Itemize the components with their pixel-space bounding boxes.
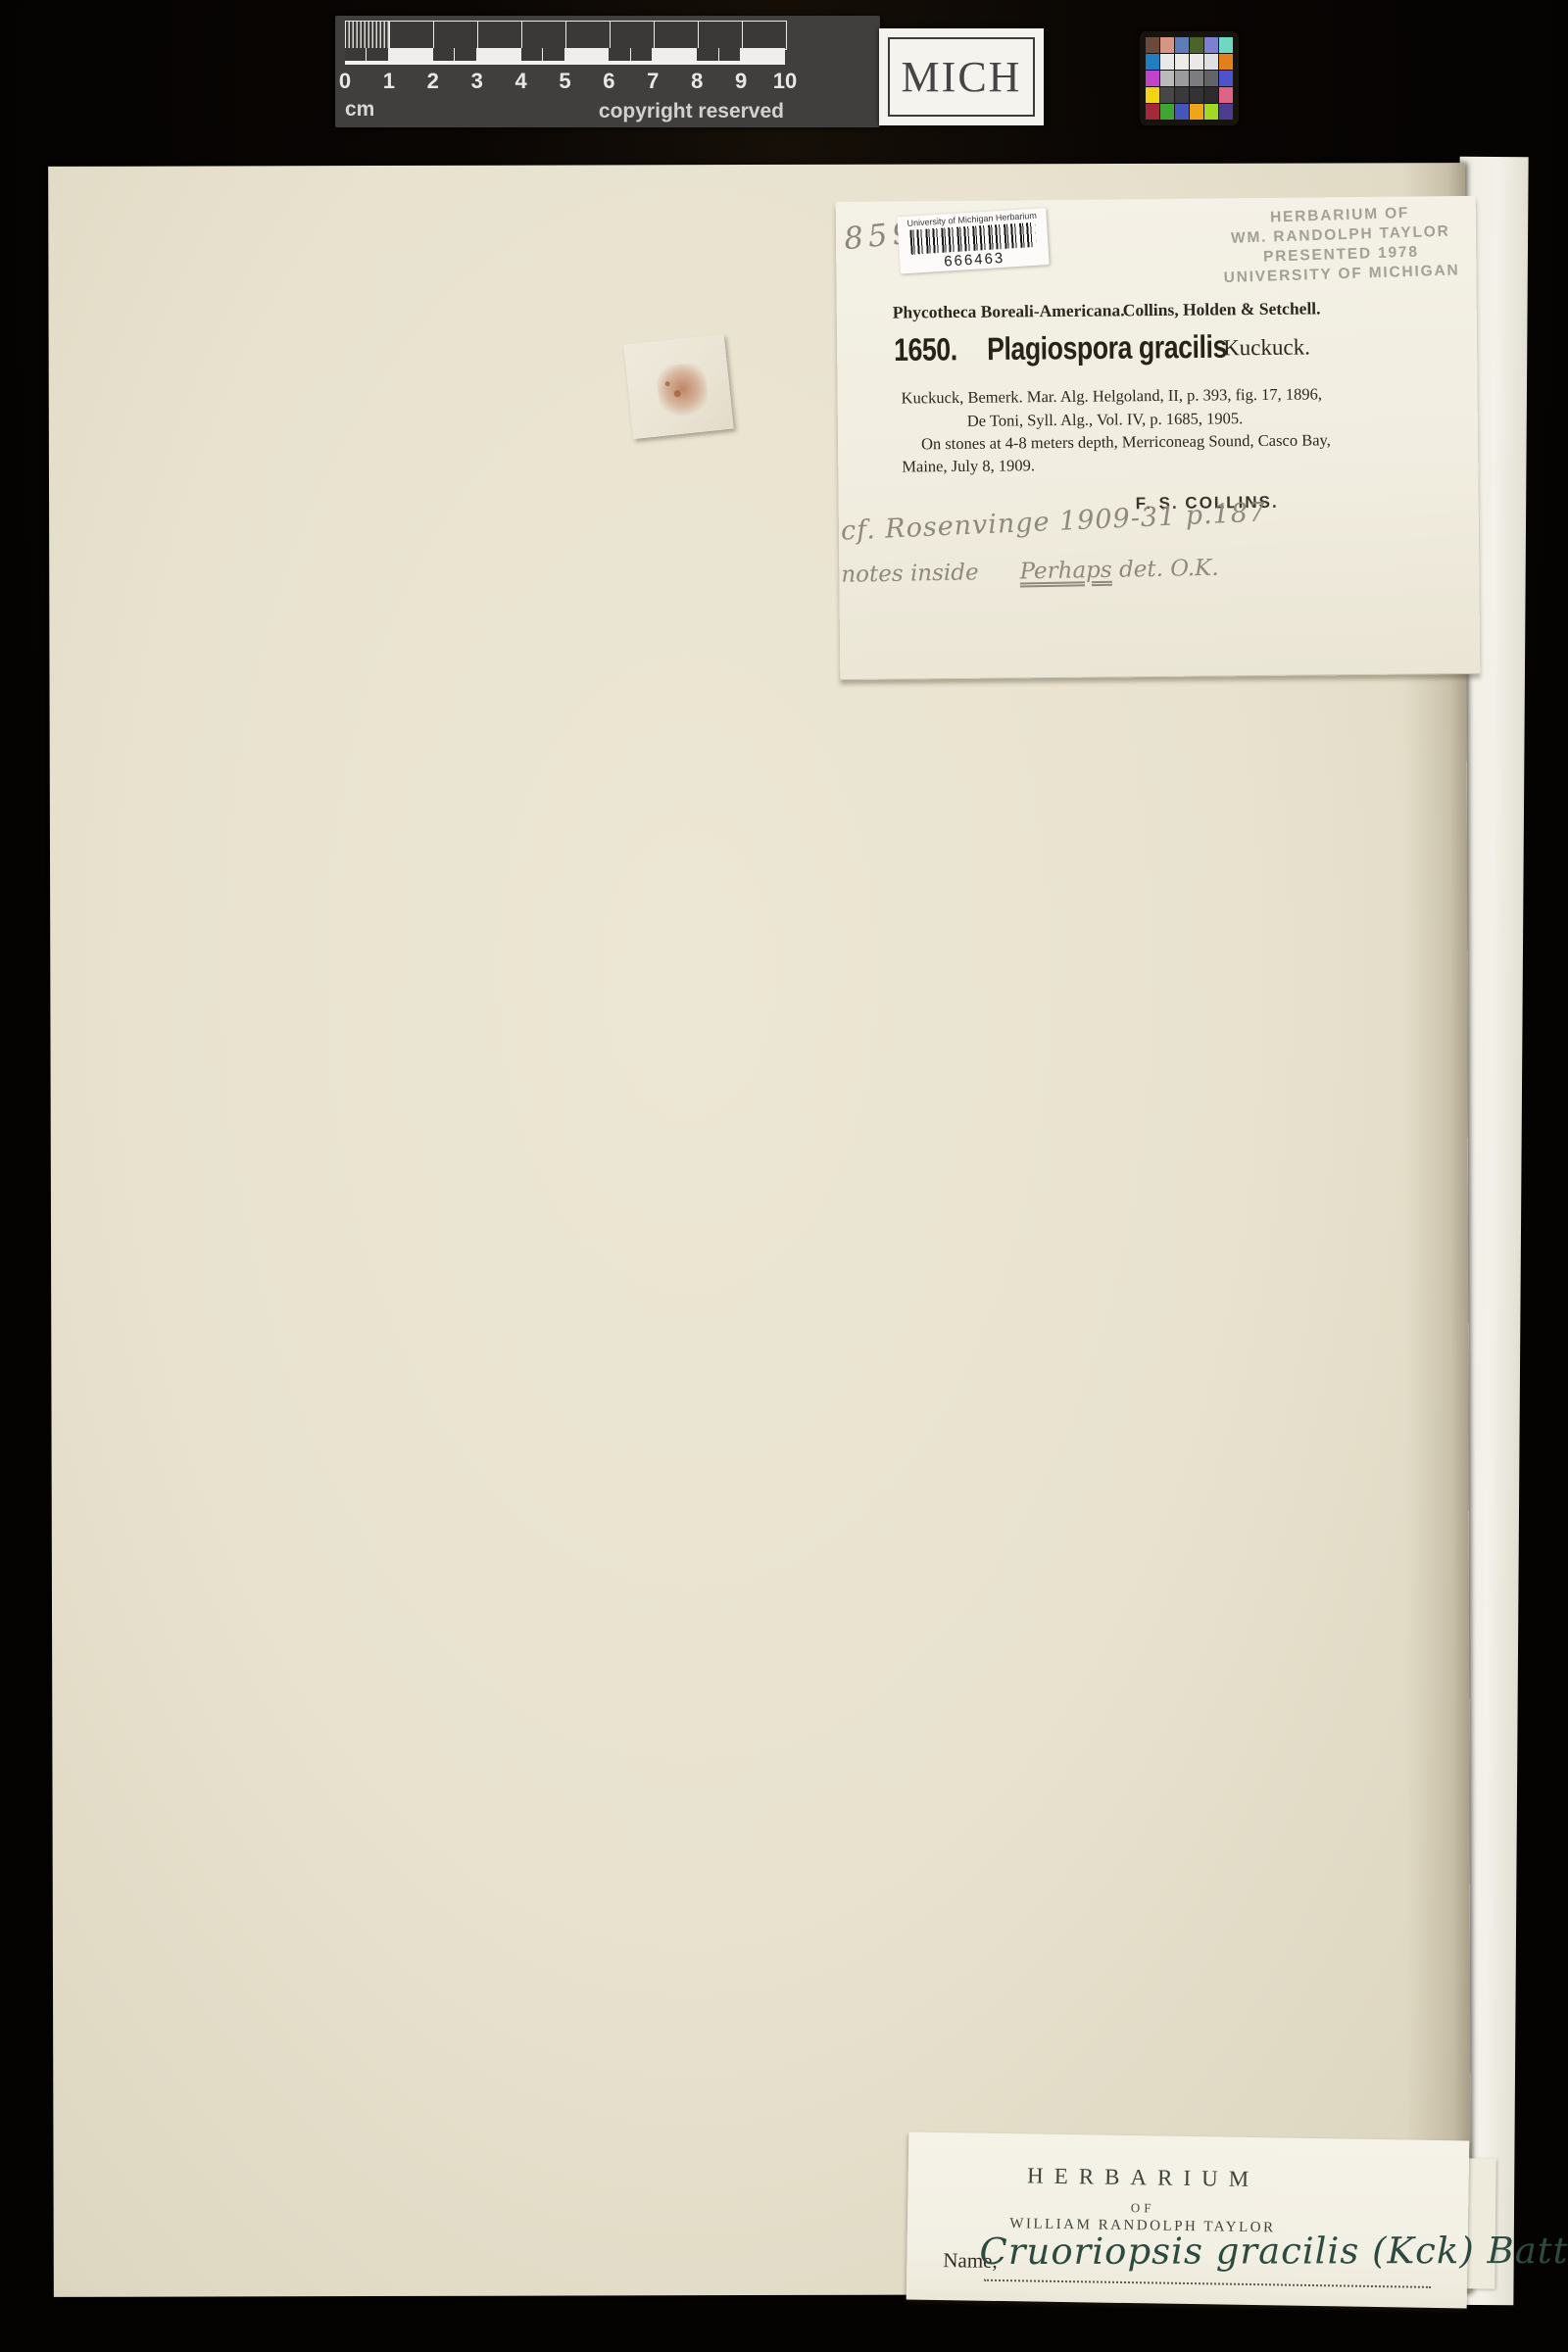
taylor-herbarium-stamp: HERBARIUM OF WM. RANDOLPH TAYLOR PRESENT… bbox=[1205, 202, 1476, 289]
scale-bar-halfcm-cell bbox=[433, 48, 455, 61]
pencil-note-citation: cf. Rosenvinge 1909-31 p.187 bbox=[840, 497, 1266, 546]
scale-bar-baseline bbox=[345, 61, 785, 65]
series-authors: Collins, Holden & Setchell. bbox=[1123, 298, 1321, 320]
color-patch bbox=[1146, 71, 1159, 86]
pencil-note-prefix: notes inside bbox=[841, 560, 979, 588]
color-patch bbox=[1160, 71, 1174, 86]
color-patch bbox=[1146, 104, 1159, 120]
scale-bar-halfcm-cell bbox=[763, 48, 785, 61]
color-patch bbox=[1190, 54, 1203, 70]
color-patch bbox=[1190, 104, 1203, 120]
herbarium-title: HERBARIUM bbox=[907, 2162, 1378, 2195]
color-patch bbox=[1146, 87, 1159, 103]
scale-bar: 012345678910 cm copyright reserved bbox=[335, 16, 880, 127]
species-author: Kuckuck. bbox=[1223, 335, 1310, 362]
color-patch bbox=[1204, 54, 1218, 70]
color-patch bbox=[1219, 87, 1233, 103]
color-patch bbox=[1190, 71, 1203, 86]
color-patch bbox=[1160, 37, 1174, 53]
scale-bar-halfcm-cell bbox=[345, 48, 367, 61]
barcode-sticker: University of Michigan Herbarium 666463 bbox=[897, 208, 1049, 273]
specimen-photo: 012345678910 cm copyright reserved MICH … bbox=[0, 0, 1568, 2352]
color-patch bbox=[1175, 87, 1189, 103]
color-patch bbox=[1175, 54, 1189, 70]
scale-bar-halfcm-cell bbox=[543, 48, 564, 61]
scale-bar-halfcm-cell bbox=[389, 48, 411, 61]
species-name: Plagiospora gracilis bbox=[987, 328, 1227, 367]
scale-bar-halfcm-cell bbox=[631, 48, 653, 61]
scale-bar-halfcm-cell bbox=[499, 48, 520, 61]
pencil-note-determination: notes insidePerhaps det. O.K. bbox=[841, 556, 1219, 588]
color-patch bbox=[1219, 54, 1233, 70]
color-patch bbox=[1204, 104, 1218, 120]
institution-card: MICH bbox=[879, 28, 1044, 125]
scale-bar-halfcm-cell bbox=[653, 48, 674, 61]
series-title: Phycotheca Boreali-Americana. bbox=[893, 300, 1125, 322]
scale-bar-cm-cell bbox=[434, 22, 478, 49]
color-patch bbox=[1204, 37, 1218, 53]
color-patch bbox=[1175, 71, 1189, 86]
pencil-note-suffix: det. O.K. bbox=[1111, 556, 1218, 583]
color-patch bbox=[1146, 37, 1159, 53]
locality-line-1: On stones at 4-8 meters depth, Merricone… bbox=[921, 430, 1331, 454]
scale-bar-cm-cell bbox=[522, 22, 566, 49]
copyright-label: copyright reserved bbox=[599, 100, 784, 123]
name-dotted-line bbox=[984, 2279, 1431, 2288]
scale-bar-cm-cell bbox=[611, 22, 655, 49]
citation-line-2: De Toni, Syll. Alg., Vol. IV, p. 1685, 1… bbox=[967, 409, 1244, 431]
taylor-herbarium-label: HERBARIUM OF WILLIAM RANDOLPH TAYLOR Nam… bbox=[906, 2132, 1470, 2309]
scale-bar-halfcm-cell bbox=[587, 48, 609, 61]
pba-packet-label: 8594 University of Michigan Herbarium 66… bbox=[836, 196, 1481, 680]
institution-code: MICH bbox=[902, 52, 1022, 102]
scale-bar-cm-cell bbox=[346, 22, 390, 49]
color-patch bbox=[1175, 37, 1189, 53]
color-patch bbox=[1204, 87, 1218, 103]
scale-bar-cm-cell bbox=[478, 22, 522, 49]
locality-line-2: Maine, July 8, 1909. bbox=[902, 456, 1035, 476]
species-name-row: 1650. Plagiospora gracilis Kuckuck. bbox=[837, 326, 1477, 371]
color-patch bbox=[1219, 71, 1233, 86]
specimen-stain bbox=[656, 362, 710, 421]
scale-bar-halfcm-cell bbox=[609, 48, 630, 61]
scale-bar-halfcm-cell bbox=[697, 48, 718, 61]
series-row: Phycotheca Boreali-Americana. Collins, H… bbox=[837, 297, 1477, 303]
color-patch bbox=[1160, 87, 1174, 103]
color-chart-grid bbox=[1146, 37, 1233, 120]
scale-bar-cm-cell bbox=[743, 22, 786, 49]
scale-bar-blocks bbox=[345, 21, 787, 50]
color-patch bbox=[1219, 104, 1233, 120]
pencil-note-underlined: Perhaps bbox=[1019, 558, 1112, 585]
scale-bar-cm-cell bbox=[699, 22, 743, 49]
scale-bar-halfcm-cell bbox=[719, 48, 741, 61]
scale-bar-halfcm-cell bbox=[521, 48, 543, 61]
color-patch bbox=[1219, 37, 1233, 53]
scale-bar-halfcm-cell bbox=[367, 48, 388, 61]
specimen-fragment bbox=[623, 334, 734, 439]
color-patch bbox=[1190, 37, 1203, 53]
color-patch bbox=[1190, 87, 1203, 103]
barcode bbox=[909, 221, 1036, 254]
scale-bar-halfcm-cell bbox=[741, 48, 762, 61]
scale-bar-halfcm-cell bbox=[477, 48, 499, 61]
scale-bar-unit: cm bbox=[345, 98, 374, 122]
barcode-number: 666463 bbox=[944, 249, 1005, 269]
scale-bar-cm-cell bbox=[655, 22, 699, 49]
color-patch bbox=[1160, 54, 1174, 70]
scale-bar-halfcm-cell bbox=[455, 48, 476, 61]
color-patch bbox=[1175, 104, 1189, 120]
scale-bar-cm-cell bbox=[390, 22, 434, 49]
citation-line-1: Kuckuck, Bemerk. Mar. Alg. Helgoland, II… bbox=[902, 384, 1323, 408]
collection-number: 1650. bbox=[894, 331, 957, 368]
color-patch bbox=[1146, 54, 1159, 70]
scale-bar-halfcm-cell bbox=[411, 48, 432, 61]
determination-handwritten: Cruoriopsis gracilis (Kck) Batt. bbox=[979, 2229, 1568, 2273]
color-patch bbox=[1160, 104, 1174, 120]
scale-bar-halfcm-cell bbox=[565, 48, 587, 61]
scale-bar-subchecks bbox=[345, 48, 785, 61]
color-patch bbox=[1204, 71, 1218, 86]
scale-bar-cm-cell bbox=[566, 22, 611, 49]
color-calibration-chart bbox=[1140, 31, 1239, 125]
scale-bar-halfcm-cell bbox=[675, 48, 697, 61]
institution-card-border: MICH bbox=[888, 37, 1035, 117]
